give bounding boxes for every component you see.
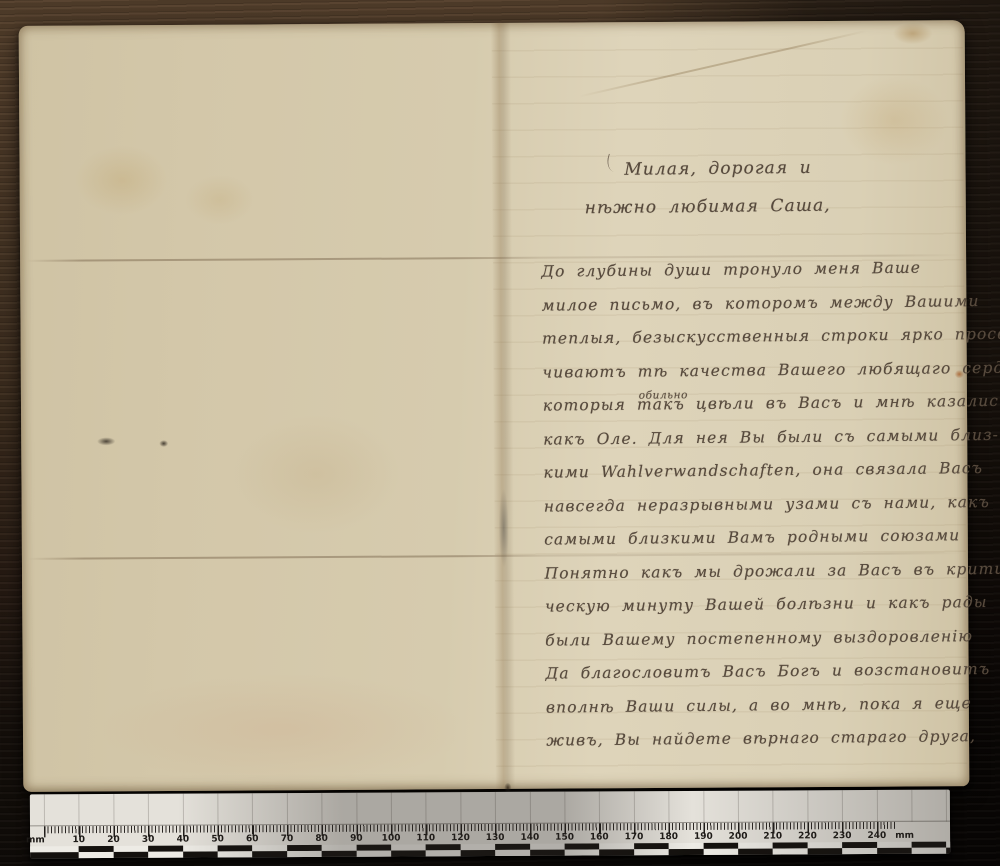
body-line: чиваютъ тѣ качества Вашего любящаго серд… xyxy=(542,352,974,390)
interline-insertion: обильно xyxy=(639,379,689,413)
body-line: которыя такъ цвѣли въ Васъ и мнѣ казалис… xyxy=(543,385,975,423)
body-line: До глубины души тронуло меня Ваше xyxy=(541,251,973,289)
body-line: Да благословитъ Васъ Богъ и возстановитъ xyxy=(545,653,977,691)
heading-line: Милая, дорогая и xyxy=(624,147,972,189)
body-line: милое письмо, въ которомъ между Вашими xyxy=(542,285,974,323)
letter-body: До глубины души тронуло меня Вашемилое п… xyxy=(541,251,978,758)
body-line: кими Wahlverwandschaften, она связала Ва… xyxy=(543,452,975,490)
body-line: Понятно какъ мы дрожали за Васъ въ крити… xyxy=(544,553,976,591)
handwritten-letter-text: Милая, дорогая инѣжно любимая Саша, До г… xyxy=(540,147,978,758)
photo-scale-ruler: mm10203040506070809010011012013014015016… xyxy=(30,790,950,859)
body-line: самыми близкими Вамъ родными союзами xyxy=(544,519,976,557)
heading-line: нѣжно любимая Саша, xyxy=(585,185,973,227)
letter-sheet: Милая, дорогая инѣжно любимая Саша, До г… xyxy=(19,20,970,792)
body-line: навсегда неразрывными узами съ нами, как… xyxy=(544,486,976,524)
body-line: какъ Оле. Для нея Вы были съ самыми близ… xyxy=(543,419,975,457)
ruler-shadow-overlay xyxy=(30,790,950,859)
body-line: вполнѣ Ваши силы, а во мнѣ, пока я еще xyxy=(546,687,978,725)
body-line: ческую минуту Вашей болѣзни и какъ рады xyxy=(545,586,977,624)
letter-heading: Милая, дорогая инѣжно любимая Саша, xyxy=(540,147,973,228)
body-line: теплыя, безыскусственныя строки ярко про… xyxy=(542,318,974,356)
body-line: живъ, Вы найдете вѣрнаго стараго друга, xyxy=(546,720,978,758)
body-line: были Вашему постепенному выздоровленію xyxy=(545,620,977,658)
photo-of-letter-on-wooden-table: Милая, дорогая инѣжно любимая Саша, До г… xyxy=(0,0,1000,866)
